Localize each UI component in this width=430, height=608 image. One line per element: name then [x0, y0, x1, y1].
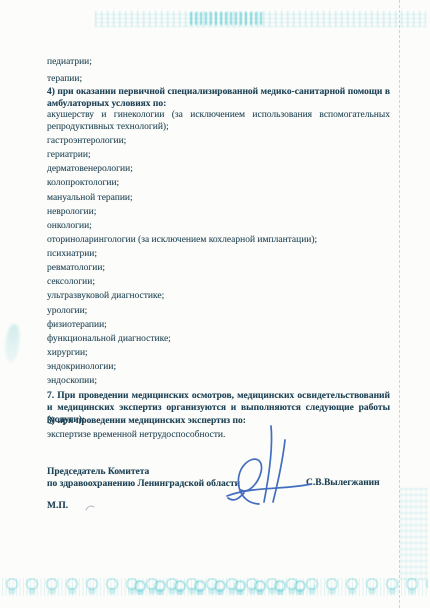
specialty-item: колопроктологии;: [47, 176, 390, 190]
specialties-list: гастроэнтерологии; гериатрии; дерматовен…: [47, 134, 390, 388]
specialty-item: педиатрии;: [47, 54, 390, 71]
section-4-heading-block: 4) при оказании первичной специализирова…: [47, 86, 390, 110]
specialty-item: мануальной терапии;: [47, 191, 390, 205]
left-edge-smudge: [4, 323, 21, 362]
section-7-subheading: 3) при проведении медицинских экспертиз …: [47, 415, 390, 427]
section-4-first-item: акушерству и гинекологии (за исключением…: [47, 109, 390, 133]
section-7-item: экспертизе временной нетрудоспособности.: [47, 429, 390, 441]
specialty-item: хирургии;: [47, 346, 390, 360]
specialty-item: физиотерапии;: [47, 318, 390, 332]
specialty-item: дерматовенерологии;: [47, 162, 390, 176]
specialty-item: функциональной диагностике;: [47, 332, 390, 346]
specialty-item: эндоскопии;: [47, 374, 390, 388]
guilloche-bottom-accent: [130, 580, 315, 595]
signature-ink: [225, 424, 313, 510]
section-7-item-block: экспертизе временной нетрудоспособности.: [47, 429, 390, 441]
specialty-item: гериатрии;: [47, 148, 390, 162]
specialty-item: сексологии;: [47, 275, 390, 289]
pen-mark: [85, 503, 95, 512]
specialty-item: гастроэнтерологии;: [47, 134, 390, 148]
specialty-item: ультразвуковой диагностике;: [47, 289, 390, 303]
specialty-item: онкологии;: [47, 219, 390, 233]
document-page: педиатрии; терапии; 4) при оказании перв…: [0, 0, 430, 608]
specialty-item: ревматологии;: [47, 261, 390, 275]
section-4-heading: 4) при оказании первичной специализирова…: [47, 86, 390, 110]
specialty-item: психиатрии;: [47, 247, 390, 261]
intro-specialties: педиатрии; терапии;: [47, 54, 390, 88]
signatory-title-line1: Председатель Комитета: [47, 466, 390, 478]
section-4-first-item-block: акушерству и гинекологии (за исключением…: [47, 109, 390, 133]
signatory-name: С.В.Вылегжанин: [306, 478, 430, 488]
right-edge-guilloche-texture: [400, 488, 428, 580]
section-7-subheading-block: 3) при проведении медицинских экспертиз …: [47, 415, 390, 427]
specialty-item: урологии;: [47, 304, 390, 318]
specialty-item: оториноларингологии (за исключением кохл…: [47, 233, 390, 247]
seal-placeholder-label: М.П.: [47, 501, 390, 511]
specialty-item: эндокринологии;: [47, 360, 390, 374]
guilloche-top-accent: [190, 12, 265, 25]
specialty-item: неврологии;: [47, 205, 390, 219]
